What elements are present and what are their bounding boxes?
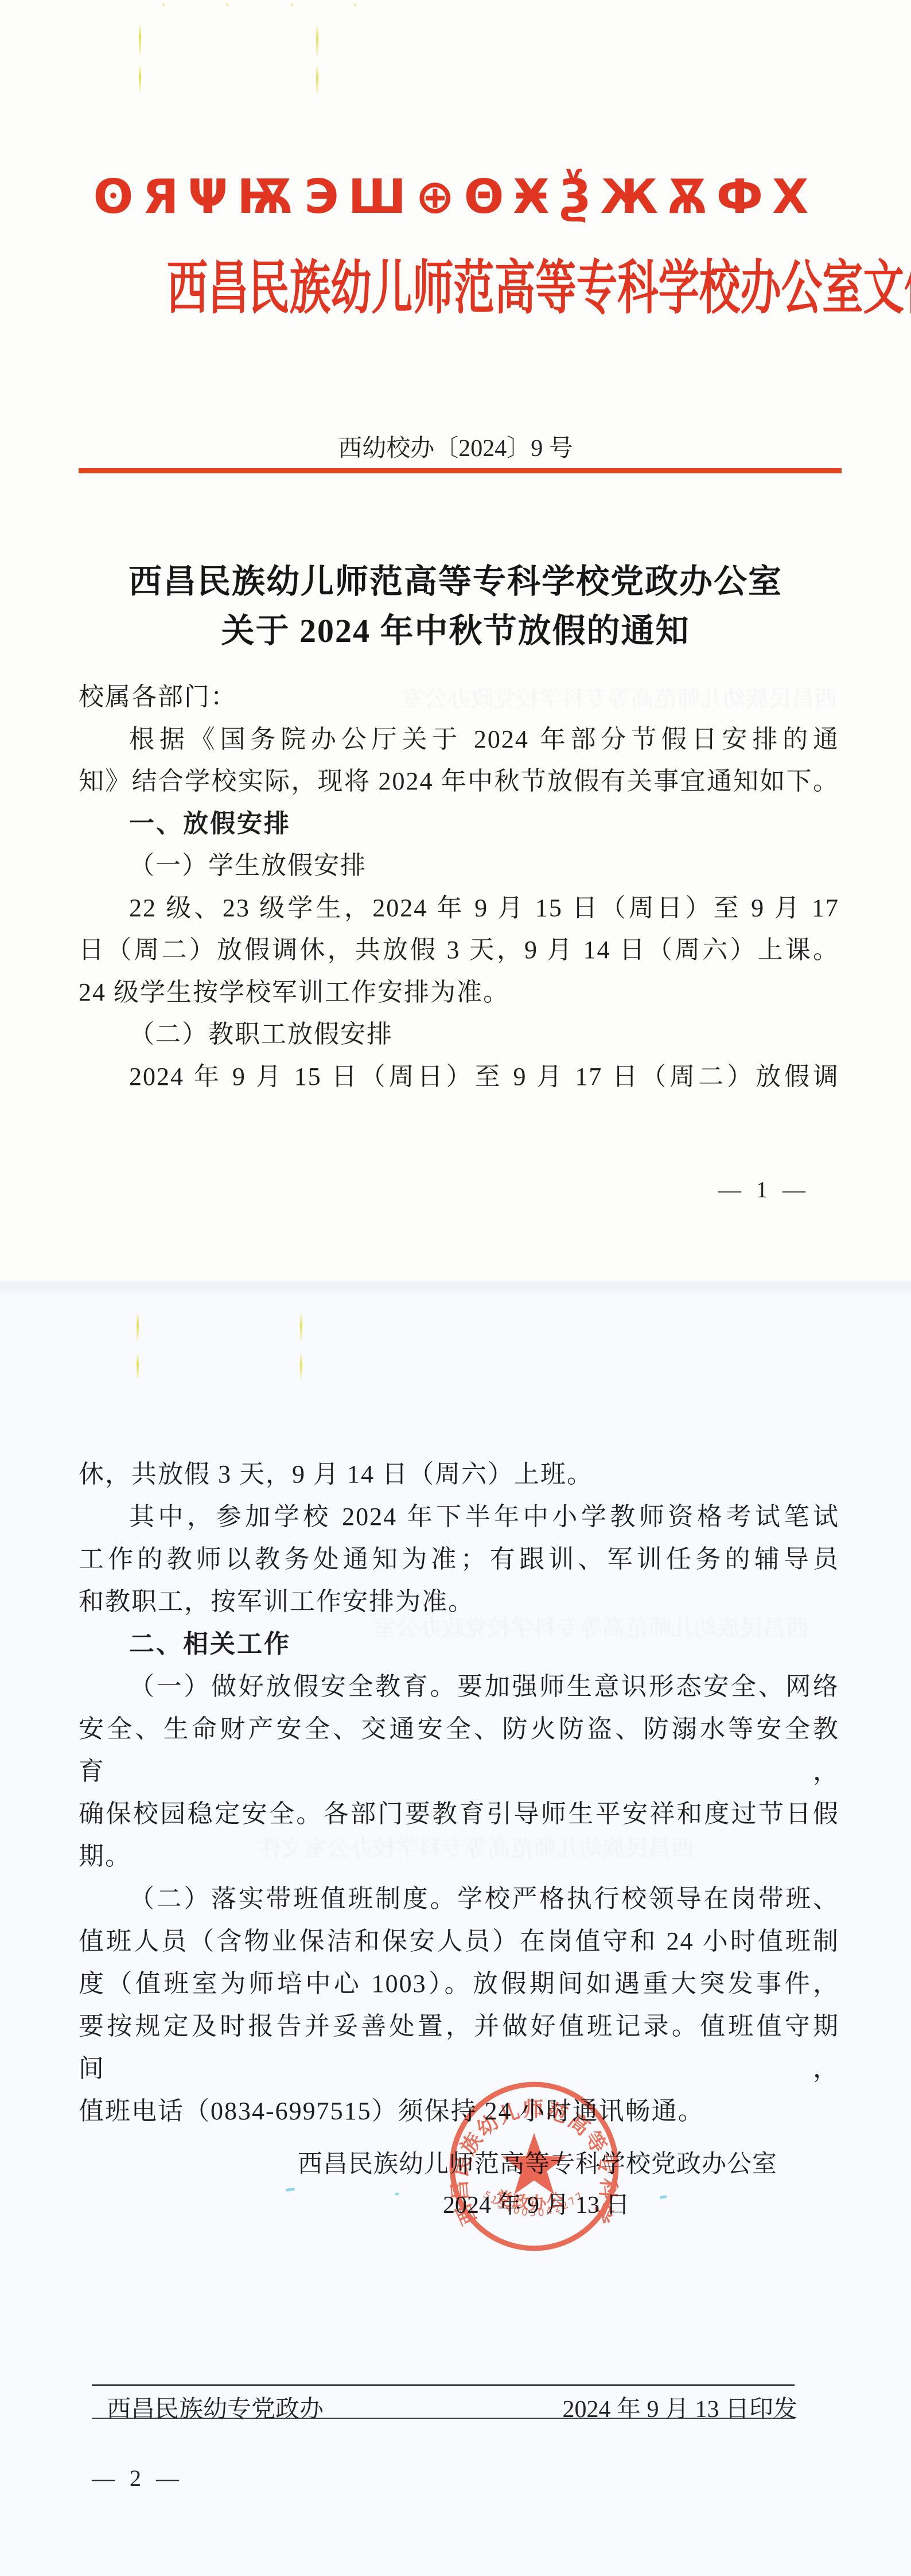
- body-line: 和教职工，按军训工作安排为准。: [79, 1581, 839, 1623]
- scan-artifact-dot: [162, 3, 165, 6]
- scanned-document-canvas: { "colors": { "masthead_red": "#e03521",…: [0, 0, 911, 2576]
- body-line: 度（值班室为师培中心 1003）。放假期间如遇重大突发事件，: [79, 1963, 839, 2005]
- body-text-page-1: 校属各部门： 根据《国务院办公厅关于 2024 年部分节假日安排的通 知》结合学…: [79, 676, 839, 1098]
- body-line: 二、相关工作: [79, 1623, 839, 1666]
- page-1: ʘЯΨѬЭШ⊕ΘӾѮЖѪФХ 西昌民族幼儿师范高等专科学校办公室文件 西幼校办〔…: [0, 0, 911, 1288]
- body-line: 2024 年 9 月 15 日（周日）至 9 月 17 日（周二）放假调: [79, 1056, 839, 1098]
- scan-artifact-stroke: [139, 64, 141, 92]
- scan-artifact-stroke: [137, 1353, 139, 1379]
- page-2-number: — 2 —: [92, 2465, 184, 2492]
- scan-artifact-stroke: [137, 1313, 139, 1340]
- body-line: 根据《国务院办公厅关于 2024 年部分节假日安排的通: [79, 718, 839, 761]
- body-line: （二）落实带班值班制度。学校严格执行校领导在岗带班、: [79, 1878, 839, 1920]
- body-line: （一）做好放假安全教育。要加强师生意识形态安全、网络: [79, 1666, 839, 1708]
- document-number: 西幼校办〔2024〕9 号: [0, 429, 911, 464]
- seal-star-icon: [502, 2133, 567, 2194]
- page-1-number: — 1 —: [718, 1176, 810, 1203]
- body-line: 确保校园稳定安全。各部门要教育引导师生平安祥和度过节日假: [79, 1793, 839, 1835]
- scan-artifact-stroke: [316, 24, 318, 56]
- scan-artifact-dot: [226, 3, 228, 6]
- official-seal: 西昌民族幼儿师范高等专科学校 党政办公室 5134005042277: [446, 2077, 622, 2255]
- footer-top-rule: [92, 2384, 795, 2386]
- scan-artifact-dot: [354, 3, 356, 6]
- masthead-text: 西昌民族幼儿师范高等专科学校办公室文件: [167, 249, 911, 329]
- body-text-page-2: 休，共放假 3 天，9 月 14 日（周六）上班。 其中，参加学校 2024 年…: [79, 1453, 839, 2133]
- body-line: 安全、生命财产安全、交通安全、防火防盗、防溺水等安全教育，: [79, 1708, 839, 1793]
- title-line-1: 西昌民族幼儿师范高等专科学校党政办公室: [0, 554, 911, 602]
- masthead-line: 西昌民族幼儿师范高等专科学校办公室文件: [0, 249, 911, 329]
- body-line: 知》结合学校实际，现将 2024 年中秋节放假有关事宜通知如下。: [79, 760, 839, 803]
- scan-artifact-stroke: [139, 23, 141, 55]
- yi-script-line: ʘЯΨѬЭШ⊕ΘӾѮЖѪФХ: [0, 170, 911, 224]
- body-line: 24 级学生按学校军训工作安排为准。: [79, 971, 839, 1014]
- body-line: 一、放假安排: [79, 803, 839, 845]
- body-line: 期。: [79, 1835, 839, 1878]
- body-line: 其中，参加学校 2024 年下半年中小学教师资格考试笔试: [79, 1496, 839, 1538]
- body-line: 值班人员（含物业保洁和保安人员）在岗值守和 24 小时值班制: [79, 1920, 839, 1963]
- body-line: （一）学生放假安排: [79, 845, 839, 887]
- body-line: （二）教职工放假安排: [79, 1013, 839, 1056]
- scan-artifact-stroke: [316, 65, 318, 94]
- footer-print-date: 2024 年 9 月 13 日印发: [551, 2390, 797, 2425]
- scan-artifact-stroke: [300, 1353, 302, 1379]
- body-line: 休，共放假 3 天，9 月 14 日（周六）上班。: [79, 1453, 839, 1496]
- footer-issuer: 西昌民族幼专党政办: [107, 2390, 324, 2425]
- body-line: 22 级、23 级学生，2024 年 9 月 15 日（周日）至 9 月 17: [79, 887, 839, 929]
- red-separator-rule: [79, 468, 842, 473]
- footer-bottom-rule: [92, 2418, 795, 2419]
- page-boundary-band: [0, 1281, 911, 1295]
- salutation: 校属各部门：: [79, 676, 839, 718]
- body-line: 工作的教师以教务处通知为准；有跟训、军训任务的辅导员: [79, 1538, 839, 1581]
- body-line: 日（周二）放假调休，共放假 3 天，9 月 14 日（周六）上课。: [79, 929, 839, 971]
- scan-artifact-dot: [291, 3, 293, 6]
- scan-artifact-stroke: [300, 1313, 302, 1340]
- title-line-2: 关于 2024 年中秋节放假的通知: [0, 604, 911, 652]
